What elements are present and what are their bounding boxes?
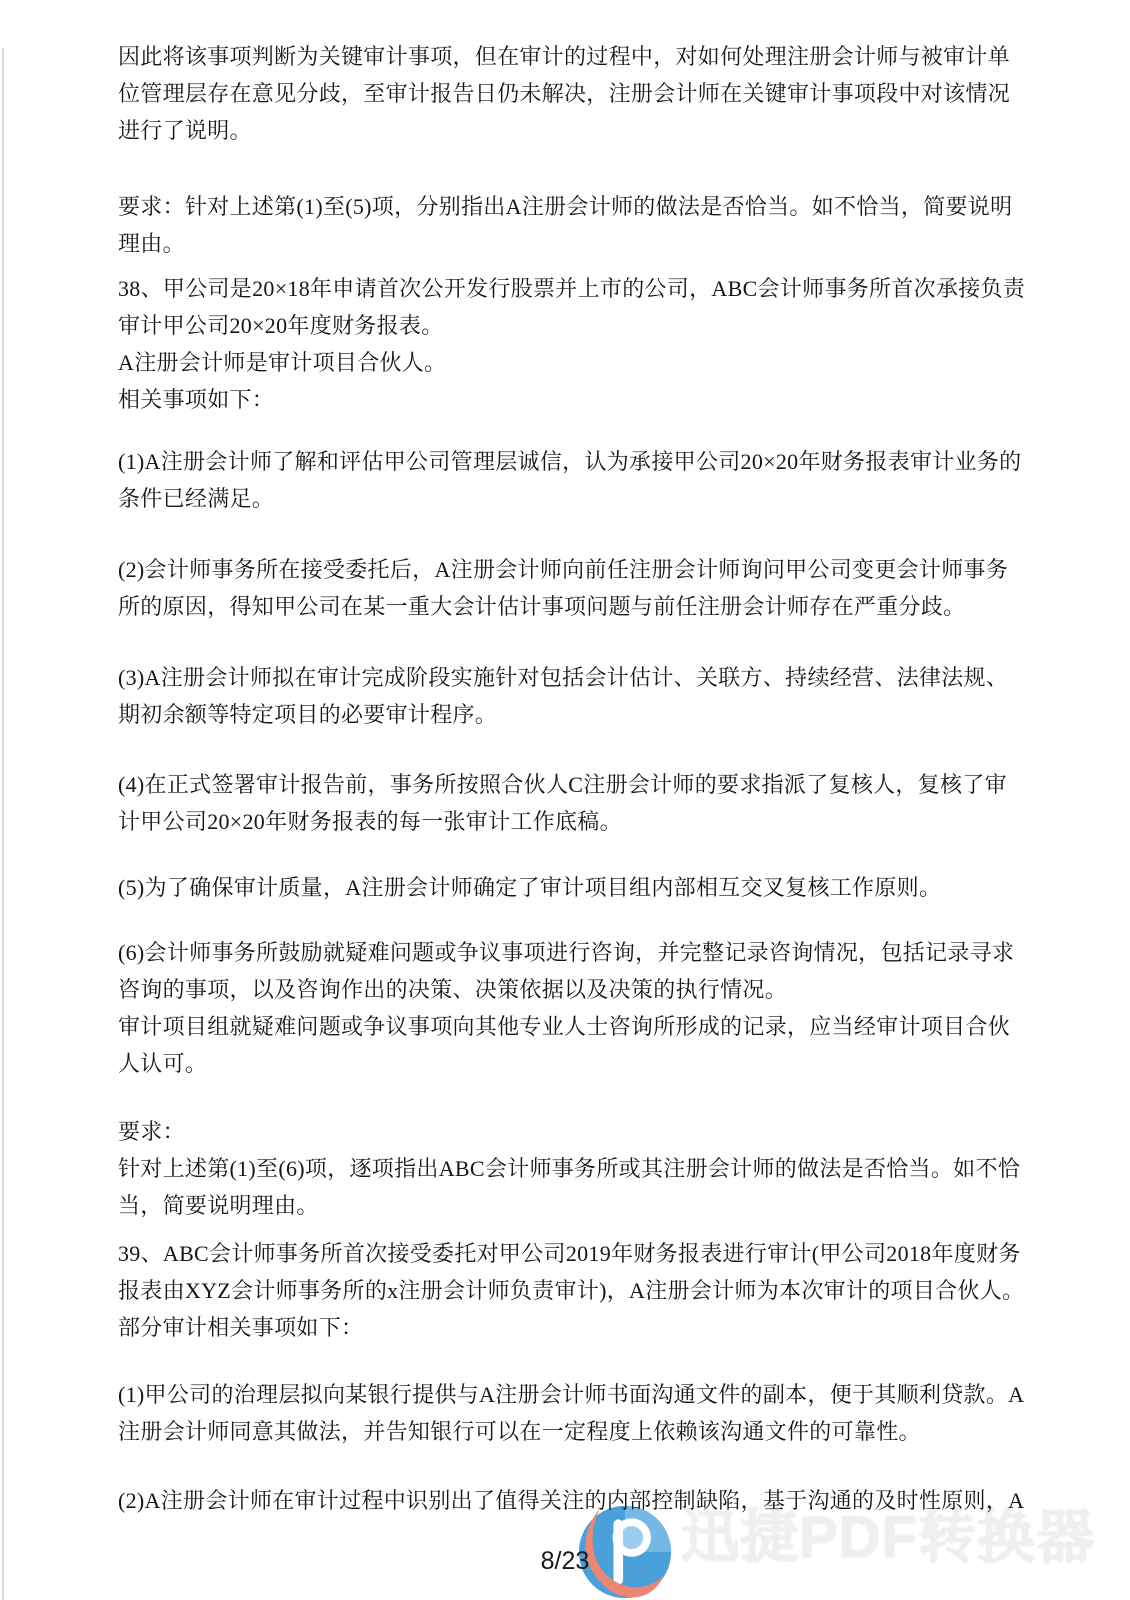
text-line: 理由。 [118, 225, 1033, 262]
text-line: (6)会计师事务所鼓励就疑难问题或争议事项进行咨询，并完整记录咨询情况，包括记录… [118, 934, 1033, 971]
text-line: (1)A注册会计师了解和评估甲公司管理层诚信，认为承接甲公司20×20年财务报表… [118, 443, 1033, 480]
text-line: 计甲公司20×20年财务报表的每一张审计工作底稿。 [118, 803, 1033, 840]
q39-item-1: (1)甲公司的治理层拟向某银行提供与A注册会计师书面沟通文件的副本，便于其顺利贷… [118, 1376, 1033, 1450]
text-line: 要求：针对上述第(1)至(5)项，分别指出A注册会计师的做法是否恰当。如不恰当，… [118, 188, 1033, 225]
q38-item-4: (4)在正式签署审计报告前，事务所按照合伙人C注册会计师的要求指派了复核人，复核… [118, 766, 1033, 840]
text-line: 条件已经满足。 [118, 480, 1033, 517]
text-line: 人认可。 [118, 1045, 1033, 1082]
text-line: 所的原因，得知甲公司在某一重大会计估计事项问题与前任注册会计师存在严重分歧。 [118, 588, 1033, 625]
q38-item-2: (2)会计师事务所在接受委托后，A注册会计师向前任注册会计师询问甲公司变更会计师… [118, 551, 1033, 625]
q38-item-5: (5)为了确保审计质量，A注册会计师确定了审计项目组内部相互交叉复核工作原则。 [118, 869, 1033, 906]
text-line: (2)会计师事务所在接受委托后，A注册会计师向前任注册会计师询问甲公司变更会计师… [118, 551, 1033, 588]
text-line: (2)A注册会计师在审计过程中识别出了值得关注的内部控制缺陷，基于沟通的及时性原… [118, 1482, 1033, 1519]
pdf-page: 迅捷PDF转换器 因此将该事项判断为关键审计事项，但在审计的过程中，对如何处理注… [0, 0, 1130, 1600]
q38-item-1: (1)A注册会计师了解和评估甲公司管理层诚信，认为承接甲公司20×20年财务报表… [118, 443, 1033, 517]
text-line: 要求： [118, 1113, 1033, 1150]
text-line: (1)甲公司的治理层拟向某银行提供与A注册会计师书面沟通文件的副本，便于其顺利贷… [118, 1376, 1033, 1413]
text-line: 针对上述第(1)至(6)项，逐项指出ABC会计师事务所或其注册会计师的做法是否恰… [118, 1150, 1033, 1187]
text-line: 期初余额等特定项目的必要审计程序。 [118, 696, 1033, 733]
text-line: 相关事项如下： [118, 381, 1033, 418]
text-line: 咨询的事项，以及咨询作出的决策、决策依据以及决策的执行情况。 [118, 971, 1033, 1008]
text-line: 审计项目组就疑难问题或争议事项向其他专业人士咨询所形成的记录，应当经审计项目合伙 [118, 1008, 1033, 1045]
q38-requirement: 要求：针对上述第(1)至(6)项，逐项指出ABC会计师事务所或其注册会计师的做法… [118, 1113, 1033, 1224]
text-line: 注册会计师同意其做法，并告知银行可以在一定程度上依赖该沟通文件的可靠性。 [118, 1413, 1033, 1450]
text-line: 部分审计相关事项如下： [118, 1309, 1033, 1346]
text-line: 因此将该事项判断为关键审计事项，但在审计的过程中，对如何处理注册会计师与被审计单 [118, 38, 1033, 75]
text-line: 39、ABC会计师事务所首次接受委托对甲公司2019年财务报表进行审计(甲公司2… [118, 1235, 1033, 1272]
text-line: 位管理层存在意见分歧，至审计报告日仍未解决，注册会计师在关键审计事项段中对该情况 [118, 75, 1033, 112]
document-text: 因此将该事项判断为关键审计事项，但在审计的过程中，对如何处理注册会计师与被审计单… [0, 0, 1130, 1600]
q39-intro: 39、ABC会计师事务所首次接受委托对甲公司2019年财务报表进行审计(甲公司2… [118, 1235, 1033, 1346]
q38-item-6: (6)会计师事务所鼓励就疑难问题或争议事项进行咨询，并完整记录咨询情况，包括记录… [118, 934, 1033, 1082]
text-line: 报表由XYZ会计师事务所的x注册会计师负责审计)，A注册会计师为本次审计的项目合… [118, 1272, 1033, 1309]
q38-item-3: (3)A注册会计师拟在审计完成阶段实施针对包括会计估计、关联方、持续经营、法律法… [118, 659, 1033, 733]
q37-requirement: 要求：针对上述第(1)至(5)项，分别指出A注册会计师的做法是否恰当。如不恰当，… [118, 188, 1033, 262]
q39-item-2: (2)A注册会计师在审计过程中识别出了值得关注的内部控制缺陷，基于沟通的及时性原… [118, 1482, 1033, 1519]
text-line: (4)在正式签署审计报告前，事务所按照合伙人C注册会计师的要求指派了复核人，复核… [118, 766, 1033, 803]
text-line: (3)A注册会计师拟在审计完成阶段实施针对包括会计估计、关联方、持续经营、法律法… [118, 659, 1033, 696]
text-line: 进行了说明。 [118, 112, 1033, 149]
text-line: A注册会计师是审计项目合伙人。 [118, 344, 1033, 381]
text-line: 当，简要说明理由。 [118, 1187, 1033, 1224]
text-line: (5)为了确保审计质量，A注册会计师确定了审计项目组内部相互交叉复核工作原则。 [118, 869, 1033, 906]
text-line: 38、甲公司是20×18年申请首次公开发行股票并上市的公司，ABC会计师事务所首… [118, 270, 1033, 307]
page-number: 8/23 [0, 1547, 1130, 1576]
q38-intro: 38、甲公司是20×18年申请首次公开发行股票并上市的公司，ABC会计师事务所首… [118, 270, 1033, 418]
q37-continuation: 因此将该事项判断为关键审计事项，但在审计的过程中，对如何处理注册会计师与被审计单… [118, 38, 1033, 149]
text-line: 审计甲公司20×20年度财务报表。 [118, 307, 1033, 344]
